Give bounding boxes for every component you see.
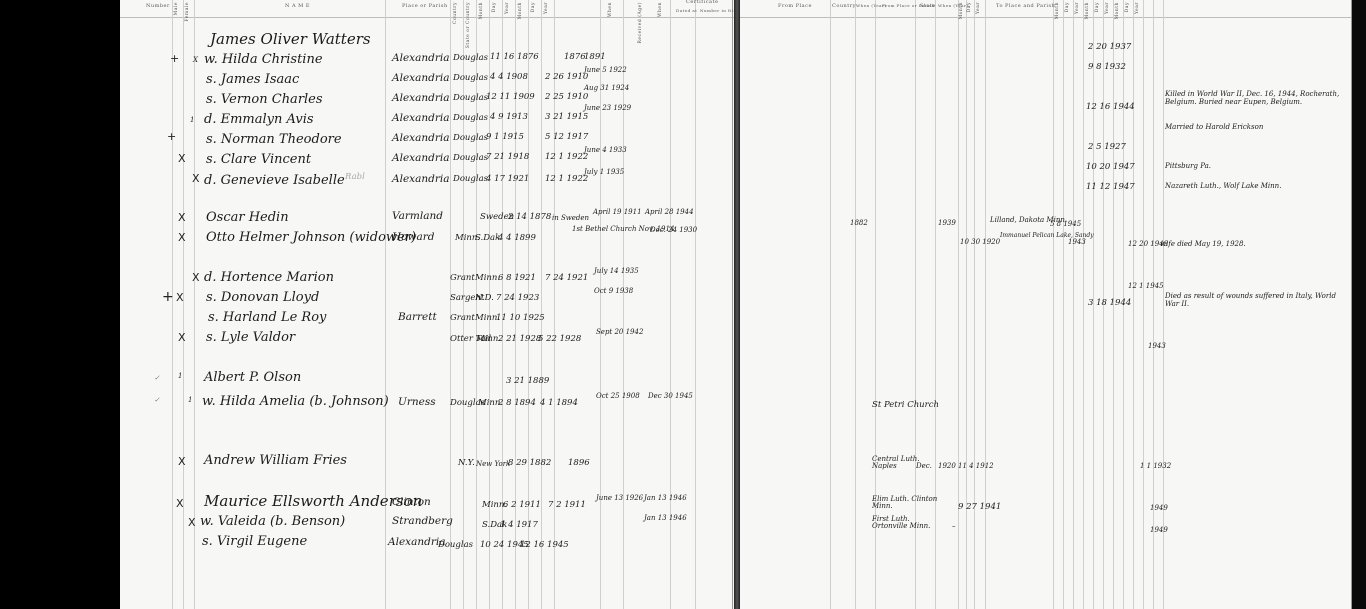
entry-baptism: 5 22 1928 xyxy=(538,334,581,344)
entry-confirmed: Aug 31 1924 xyxy=(584,84,629,92)
sex-mark: X xyxy=(192,271,200,284)
header-male: Male xyxy=(174,2,179,15)
entry-sex: 1 xyxy=(190,116,194,124)
sex-mark: X xyxy=(176,291,184,304)
header-country: Country xyxy=(832,3,856,9)
entry-country: Douglas xyxy=(453,174,488,184)
entry-remarks: Died as result of wounds suffered in Ita… xyxy=(1165,292,1345,308)
entry-confirmed: Sept 20 1942 xyxy=(596,328,643,336)
entry-confirmed: June 23 1929 xyxy=(584,104,631,112)
header-day4: Day xyxy=(1125,2,1130,12)
entry-communion: Jan 13 1946 xyxy=(644,514,687,522)
entry-baptism: 2 25 1910 xyxy=(545,92,588,102)
entry-name: James Oliver Watters xyxy=(210,30,371,48)
entry-birth: 6 2 1911 xyxy=(503,500,541,510)
entry-from-place: St Petri Church xyxy=(872,400,939,410)
entry-date: 1949 xyxy=(1150,526,1168,534)
entry-birth: 2 21 1928 xyxy=(498,334,541,344)
entry-transfer-date: 10 30 1920 xyxy=(960,238,1000,246)
entry-name: s. James Isaac xyxy=(206,72,299,87)
column-line xyxy=(1153,0,1154,609)
entry-sex: X xyxy=(193,56,198,64)
column-line xyxy=(385,0,386,609)
header-cert-number: Number in file xyxy=(700,8,737,13)
header-number: Number xyxy=(146,3,170,9)
entry-date: 10 20 1947 xyxy=(1086,162,1135,172)
entry-when: 1920 xyxy=(938,462,956,470)
entry-communion: April 28 1944 xyxy=(645,208,694,216)
entry-confirmed: Oct 25 1908 xyxy=(596,392,640,400)
sex-mark: X xyxy=(188,516,196,529)
column-line xyxy=(1073,0,1074,609)
check-mark: ✓ xyxy=(154,396,160,404)
entry-remarks: Married to Harold Erickson xyxy=(1165,123,1263,131)
column-line xyxy=(476,0,477,609)
column-line xyxy=(541,0,542,609)
entry-baptism: 1896 xyxy=(568,458,590,468)
entry-place: Strandberg xyxy=(392,515,453,527)
entry-birth: 3 21 1889 xyxy=(506,376,549,386)
entry-name: w. Hilda Christine xyxy=(204,52,323,67)
scan-border-right xyxy=(1352,0,1366,609)
entry-birth: 7 24 1923 xyxy=(496,293,539,303)
entry-baptism: 12 1 1922 xyxy=(545,174,588,184)
column-line xyxy=(1143,0,1144,609)
entry-baptism: 4 1 1894 xyxy=(540,398,578,408)
entry-date: 1 1 1932 xyxy=(1140,462,1171,470)
right-register-page: From Place Country When (Year) From Plac… xyxy=(740,0,1352,609)
header-state: State xyxy=(920,3,936,9)
entry-place: Alexandria xyxy=(392,152,449,164)
header-year1: Year xyxy=(976,2,981,14)
entry-date: 1949 xyxy=(1150,504,1168,512)
entry-baptism: 7 24 1921 xyxy=(545,273,588,283)
entry-transfer: 9 27 1941 xyxy=(958,502,1001,512)
entry-baptism: 7 2 1911 xyxy=(548,500,586,510)
header-name: N A M E xyxy=(285,3,310,9)
header-state: State or Country xyxy=(466,2,471,48)
entry-name: Oscar Hedin xyxy=(206,210,289,225)
sex-mark: X xyxy=(178,231,186,244)
entry-communion: Dec 30 1945 xyxy=(648,392,693,400)
entry-state: Dec. xyxy=(916,462,932,470)
entry-place: Alexandria xyxy=(392,132,449,144)
entry-name: Albert P. Olson xyxy=(204,370,301,385)
entry-country: Douglas xyxy=(453,113,488,123)
column-line xyxy=(183,0,184,609)
header-country: Country xyxy=(453,2,458,24)
entry-country: Grant xyxy=(450,273,475,283)
entry-date: 12 16 1944 xyxy=(1086,102,1135,112)
header-birth-year: Year xyxy=(505,2,510,14)
entry-name: s. Virgil Eugene xyxy=(202,534,307,549)
header-bapt-year: Year xyxy=(544,2,549,14)
entry-confirmed: July 1 1935 xyxy=(584,168,624,176)
entry-baptism: 2 26 1910 xyxy=(545,72,588,82)
entry-name: Andrew William Fries xyxy=(204,453,347,468)
entry-birth: 6 8 1921 xyxy=(498,273,536,283)
column-line xyxy=(830,0,831,609)
header-month4: Month xyxy=(1115,2,1120,19)
entry-place: Alexandria xyxy=(392,52,449,64)
entry-birth: 11 10 1925 xyxy=(496,313,545,323)
column-line xyxy=(974,0,975,609)
entry-place: Alexandria xyxy=(392,92,449,104)
page-edge-line xyxy=(732,0,733,609)
header-year3: Year xyxy=(1105,2,1110,14)
entry-sex: 1 xyxy=(178,372,182,380)
entry-remarks: wife died May 19, 1928. xyxy=(1160,240,1246,248)
entry-baptism: in Sweden xyxy=(552,214,589,222)
header-received-age: Received (Age) xyxy=(638,2,643,44)
column-line xyxy=(985,0,986,609)
entry-sex: 1 xyxy=(188,396,192,404)
entry-birth: 2 8 1894 xyxy=(498,398,536,408)
entry-place: Howard xyxy=(392,231,434,243)
header-month3: Month xyxy=(1085,2,1090,19)
entry-from-place: First Luth. Ortonville Minn. xyxy=(872,516,944,530)
header-day3: Day xyxy=(1095,2,1100,12)
entry-birth: 4 9 1913 xyxy=(490,112,528,122)
entry-country: Douglas xyxy=(453,53,488,63)
entry-country: Douglas xyxy=(438,540,473,550)
sex-mark: X xyxy=(178,152,186,165)
entry-name: s. Vernon Charles xyxy=(206,92,323,107)
entry-communion: Dec. 24 1930 xyxy=(650,226,697,234)
entry-name: Maurice Ellsworth Anderson xyxy=(204,492,422,510)
entry-transfer: 11 4 1912 xyxy=(958,462,994,470)
entry-remarks: Pittsburg Pa. xyxy=(1165,162,1211,170)
deceased-mark: + xyxy=(167,130,176,143)
entry-name: d. Hortence Marion xyxy=(204,270,334,285)
entry-baptism: 12 16 1945 xyxy=(520,540,569,550)
column-line xyxy=(695,0,696,609)
entry-country: Douglas xyxy=(453,133,488,143)
header-month2: Month xyxy=(1055,2,1060,19)
header-year2: Year xyxy=(1075,2,1080,14)
entry-name: d. Genevieve Isabelle xyxy=(204,173,345,188)
entry-name: s. Donovan Lloyd xyxy=(206,290,319,305)
entry-state: S.Dak xyxy=(475,233,500,243)
header-month1: Month xyxy=(959,2,964,19)
header-year4: Year xyxy=(1135,2,1140,14)
entry-date: 2 20 1937 xyxy=(1088,42,1131,52)
column-line xyxy=(1083,0,1084,609)
column-line xyxy=(1053,0,1054,609)
entry-place: Alexandria xyxy=(392,173,449,185)
entry-birth: 4 4 1908 xyxy=(490,72,528,82)
entry-remarks: Nazareth Luth., Wolf Lake Minn. xyxy=(1165,182,1281,190)
entry-from-place: Central Luth. Naples xyxy=(872,456,920,470)
entry-date: 12 1 1945 xyxy=(1128,282,1164,290)
entry-place: Barrett xyxy=(398,311,437,323)
entry-name: s. Clare Vincent xyxy=(206,152,311,167)
entry-confirmed: June 13 1926 xyxy=(596,494,643,502)
check-mark: ✓ xyxy=(154,374,160,382)
entry-from-year: 1882 xyxy=(850,219,868,227)
entry-place: Alexandria xyxy=(392,112,449,124)
entry-baptism: 3 21 1915 xyxy=(545,112,588,122)
entry-country: N.Y. xyxy=(458,458,475,468)
column-line xyxy=(463,0,464,609)
entry-birth: 8 29 1882 xyxy=(508,458,551,468)
header-bapt-month: Month xyxy=(518,2,523,19)
entry-place: Alexandria xyxy=(388,536,445,548)
entry-confirmed: Oct 9 1938 xyxy=(594,287,633,295)
column-line xyxy=(1163,0,1164,609)
header-to-place: To Place and Parish xyxy=(996,3,1055,9)
entry-country: Douglas xyxy=(453,73,488,83)
entry-note: Rabl xyxy=(345,172,365,182)
sex-mark: X xyxy=(178,331,186,344)
header-communion-when: When xyxy=(658,2,663,17)
header-female: Female xyxy=(185,2,190,22)
column-line xyxy=(958,0,959,609)
sex-mark: X xyxy=(178,455,186,468)
header-day2: Day xyxy=(1065,2,1070,12)
header-confirmed-when: When xyxy=(608,2,613,17)
deceased-mark: + xyxy=(170,52,179,65)
entry-baptism: 1876 xyxy=(564,52,586,62)
entry-baptism: 5 12 1917 xyxy=(545,132,588,142)
entry-from-place: Elim Luth. Clinton Minn. xyxy=(872,496,944,510)
column-line xyxy=(855,0,856,609)
header-day1: Day xyxy=(967,2,972,12)
column-line xyxy=(1133,0,1134,609)
entry-baptism: 12 1 1922 xyxy=(545,152,588,162)
entry-date: 3 18 1944 xyxy=(1088,298,1131,308)
entry-country: Douglas xyxy=(453,93,488,103)
entry-name: w. Hilda Amelia (b. Johnson) xyxy=(202,394,389,409)
entry-place: Alexandria xyxy=(392,72,449,84)
entry-confirmed: July 14 1935 xyxy=(594,267,639,275)
entry-birth: 4 17 1921 xyxy=(486,174,529,184)
entry-state: New York xyxy=(476,460,510,468)
entry-state: N.D. xyxy=(475,293,494,303)
sex-mark: X xyxy=(192,172,200,185)
header-certificate: Certificate xyxy=(686,0,718,5)
entry-birth: 12 11 1909 xyxy=(486,92,535,102)
entry-country: Grant xyxy=(450,313,475,323)
entry-place: Varmland xyxy=(392,210,443,222)
entry-date: 9 8 1932 xyxy=(1088,62,1126,72)
header-birth-month: Month xyxy=(479,2,484,19)
sex-mark: X xyxy=(178,211,186,224)
entry-name: s. Lyle Valdor xyxy=(206,330,295,345)
entry-confirmed: June 5 1922 xyxy=(584,66,627,74)
entry-date: 2 5 1927 xyxy=(1088,142,1126,152)
entry-state: Minn. xyxy=(475,273,500,283)
entry-birth: 2 14 1878 xyxy=(508,212,551,222)
header-from-place: From Place xyxy=(778,3,812,9)
header-rule xyxy=(740,17,1352,18)
entry-confirmed: April 19 1911 xyxy=(593,208,642,216)
entry-communion: Jan 13 1946 xyxy=(644,494,687,502)
sex-mark: X xyxy=(176,497,184,510)
entry-birth: 7 21 1918 xyxy=(486,152,529,162)
entry-when: 1939 xyxy=(938,219,956,227)
entry-country: Douglas xyxy=(453,153,488,163)
header-place: Place or Parish xyxy=(402,3,448,9)
left-register-page: Number Male Female N A M E Place or Pari… xyxy=(120,0,734,609)
entry-name: s. Harland Le Roy xyxy=(208,310,326,325)
column-line xyxy=(1063,0,1064,609)
entry-birth: 11 16 1876 xyxy=(490,52,539,62)
entry-remarks: Killed in World War II, Dec. 16, 1944, R… xyxy=(1165,90,1345,106)
entry-name: s. Norman Theodore xyxy=(206,132,342,147)
entry-name: w. Valeida (b. Benson) xyxy=(200,514,345,529)
entry-name: d. Emmalyn Avis xyxy=(204,112,314,127)
header-birth-day: Day xyxy=(492,2,497,12)
entry-place: Clinton xyxy=(392,496,431,508)
entry-year: 1943 xyxy=(1068,238,1086,246)
entry-place: Urness xyxy=(398,396,436,408)
entry-confirmed: June 4 1933 xyxy=(584,146,627,154)
header-cert-dated: Dated at xyxy=(676,8,697,13)
entry-date: 11 12 1947 xyxy=(1086,182,1135,192)
entry-birth: 1 4 1917 xyxy=(500,520,538,530)
entry-date: 1943 xyxy=(1148,342,1166,350)
entry-birth: 4 4 1899 xyxy=(498,233,536,243)
entry-name: Otto Helmer Johnson (widower) xyxy=(206,230,416,245)
deceased-mark: + xyxy=(162,289,174,305)
entry-transfer: 5 8 1945 xyxy=(1050,220,1081,228)
column-line xyxy=(966,0,967,609)
entry-confirmed: 1891 xyxy=(584,52,606,62)
entry-transfer: – xyxy=(952,522,956,530)
entry-birth: 9 1 1915 xyxy=(486,132,524,142)
header-bapt-day: Day xyxy=(531,2,536,12)
